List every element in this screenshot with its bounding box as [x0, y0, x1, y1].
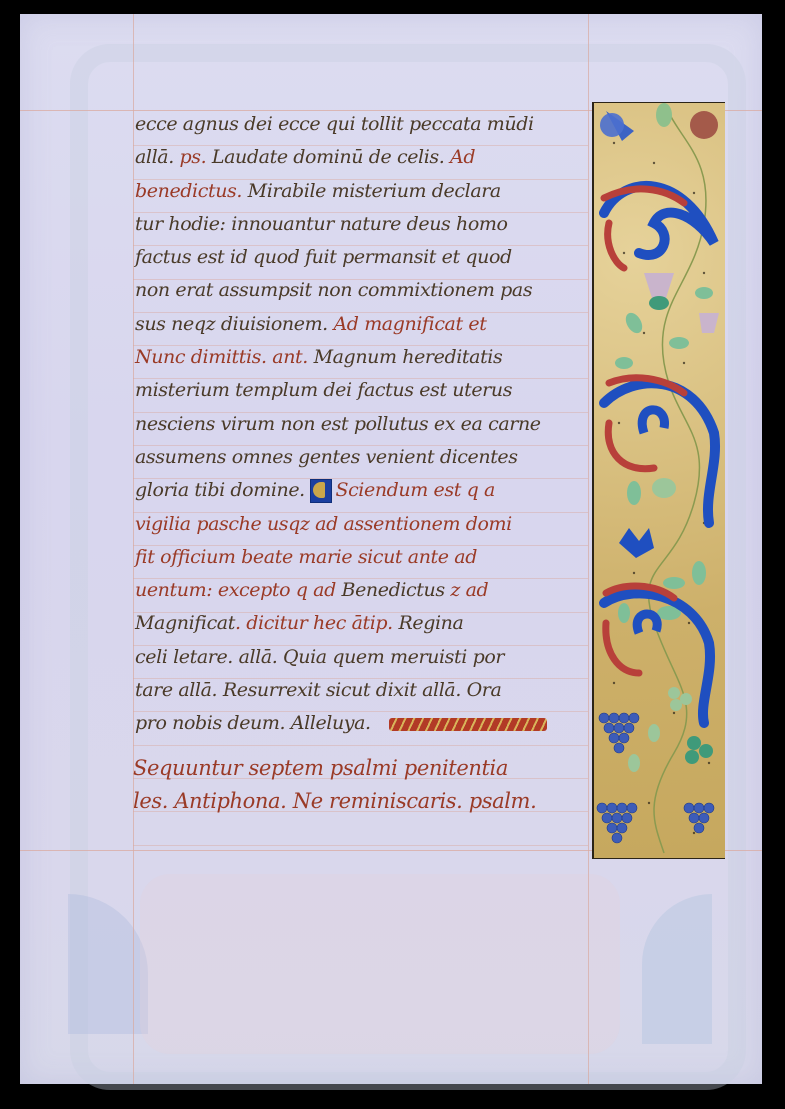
rubric-text: les. Antiphona. [133, 789, 293, 813]
line-filler-icon [389, 718, 547, 731]
rubric-text: z ad [445, 579, 489, 601]
rubric-text: uentum: excepto q ad [135, 579, 342, 601]
rubric-block: Sequuntur septem psalmi penitentiales. A… [133, 752, 593, 819]
text-line: gloria tibi domine. Sciendum est q a [135, 474, 585, 507]
body-text: allā. [135, 146, 180, 168]
text-line: tare allā. Resurrexit sicut dixit allā. … [135, 674, 585, 707]
main-text-block: ecce agnus dei ecce qui tollit peccata m… [135, 108, 585, 741]
ruling-left [133, 14, 134, 1084]
body-text: celi letare. allā. Quia quem meruisti po… [135, 646, 504, 668]
ruling-right [588, 14, 589, 1084]
body-text: Regina [398, 612, 463, 634]
text-line: uentum: excepto q ad Benedictus z ad [135, 574, 585, 607]
rubric-text: . dicitur hec ātip. [235, 612, 398, 634]
rubric-text: fit officium beate marie sicut ante ad [135, 546, 477, 568]
body-text: gloria tibi domine. [135, 479, 310, 501]
ruled-line [133, 845, 588, 846]
rubric-line: les. Antiphona. Ne reminiscaris. psalm. [133, 785, 593, 818]
text-line: assumens omnes gentes venient dicentes [135, 441, 585, 474]
text-line: allā. ps. Laudate dominū de celis. Ad [135, 141, 585, 174]
body-text: tur hodie: innouantur nature deus homo [135, 213, 508, 235]
body-text: misterium templum dei factus est uterus [135, 379, 512, 401]
body-text: factus est id quod fuit permansit et quo… [135, 246, 512, 268]
body-text: ecce agnus dei ecce qui tollit peccata m… [135, 113, 534, 135]
body-text: tare allā. Resurrexit sicut dixit allā. … [135, 679, 501, 701]
text-line: non erat assumpsit non commixtionem pas [135, 274, 585, 307]
body-text: nesciens virum non est pollutus ex ea ca… [135, 413, 541, 435]
border-decoration-icon [594, 103, 725, 858]
rubric-text: ps. [180, 146, 212, 168]
body-text: pro nobis deum. Alleluya. [135, 712, 371, 734]
body-text: sus neqz diuisionem. [135, 313, 333, 335]
body-text: non erat assumpsit non commixtionem pas [135, 279, 532, 301]
text-line: tur hodie: innouantur nature deus homo [135, 208, 585, 241]
body-text: Magnum hereditatis [314, 346, 503, 368]
rubric-text: Sequuntur septem psalmi penitentia [133, 756, 508, 780]
rubric-text: benedictus. [135, 180, 248, 202]
text-line: factus est id quod fuit permansit et quo… [135, 241, 585, 274]
text-line: celi letare. allā. Quia quem meruisti po… [135, 641, 585, 674]
text-line: misterium templum dei factus est uterus [135, 374, 585, 407]
rubric-text: Ad [450, 146, 475, 168]
illuminated-border-panel [592, 102, 725, 859]
rubric-line: Sequuntur septem psalmi penitentia [133, 752, 593, 785]
text-line: benedictus. Mirabile misterium declara [135, 175, 585, 208]
body-text: Ne reminiscaris. [293, 789, 469, 813]
body-text: Laudate dominū de celis. [212, 146, 450, 168]
rubric-text: Ad magnificat et [333, 313, 486, 335]
rubric-text: vigilia pasche usqz ad assentionem domi [135, 513, 512, 535]
text-line: sus neqz diuisionem. Ad magnificat et [135, 308, 585, 341]
text-line: ecce agnus dei ecce qui tollit peccata m… [135, 108, 585, 141]
body-text: Benedictus [342, 579, 445, 601]
text-line: nesciens virum non est pollutus ex ea ca… [135, 408, 585, 441]
illuminated-initial-icon [310, 479, 332, 503]
body-text: Mirabile misterium declara [248, 180, 501, 202]
rubric-text: psalm. [469, 789, 537, 813]
ruled-line [133, 745, 588, 746]
show-through-pink [140, 874, 620, 1054]
text-line: vigilia pasche usqz ad assentionem domi [135, 508, 585, 541]
body-text: Magnificat [135, 612, 235, 634]
text-line: fit officium beate marie sicut ante ad [135, 541, 585, 574]
text-line: pro nobis deum. Alleluya. [135, 707, 585, 740]
rubric-text: Sciendum est q a [335, 479, 494, 501]
text-line: Magnificat. dicitur hec ātip. Regina [135, 607, 585, 640]
body-text: assumens omnes gentes venient dicentes [135, 446, 518, 468]
text-line: Nunc dimittis. ant. Magnum hereditatis [135, 341, 585, 374]
rubric-text: Nunc dimittis. ant. [135, 346, 314, 368]
